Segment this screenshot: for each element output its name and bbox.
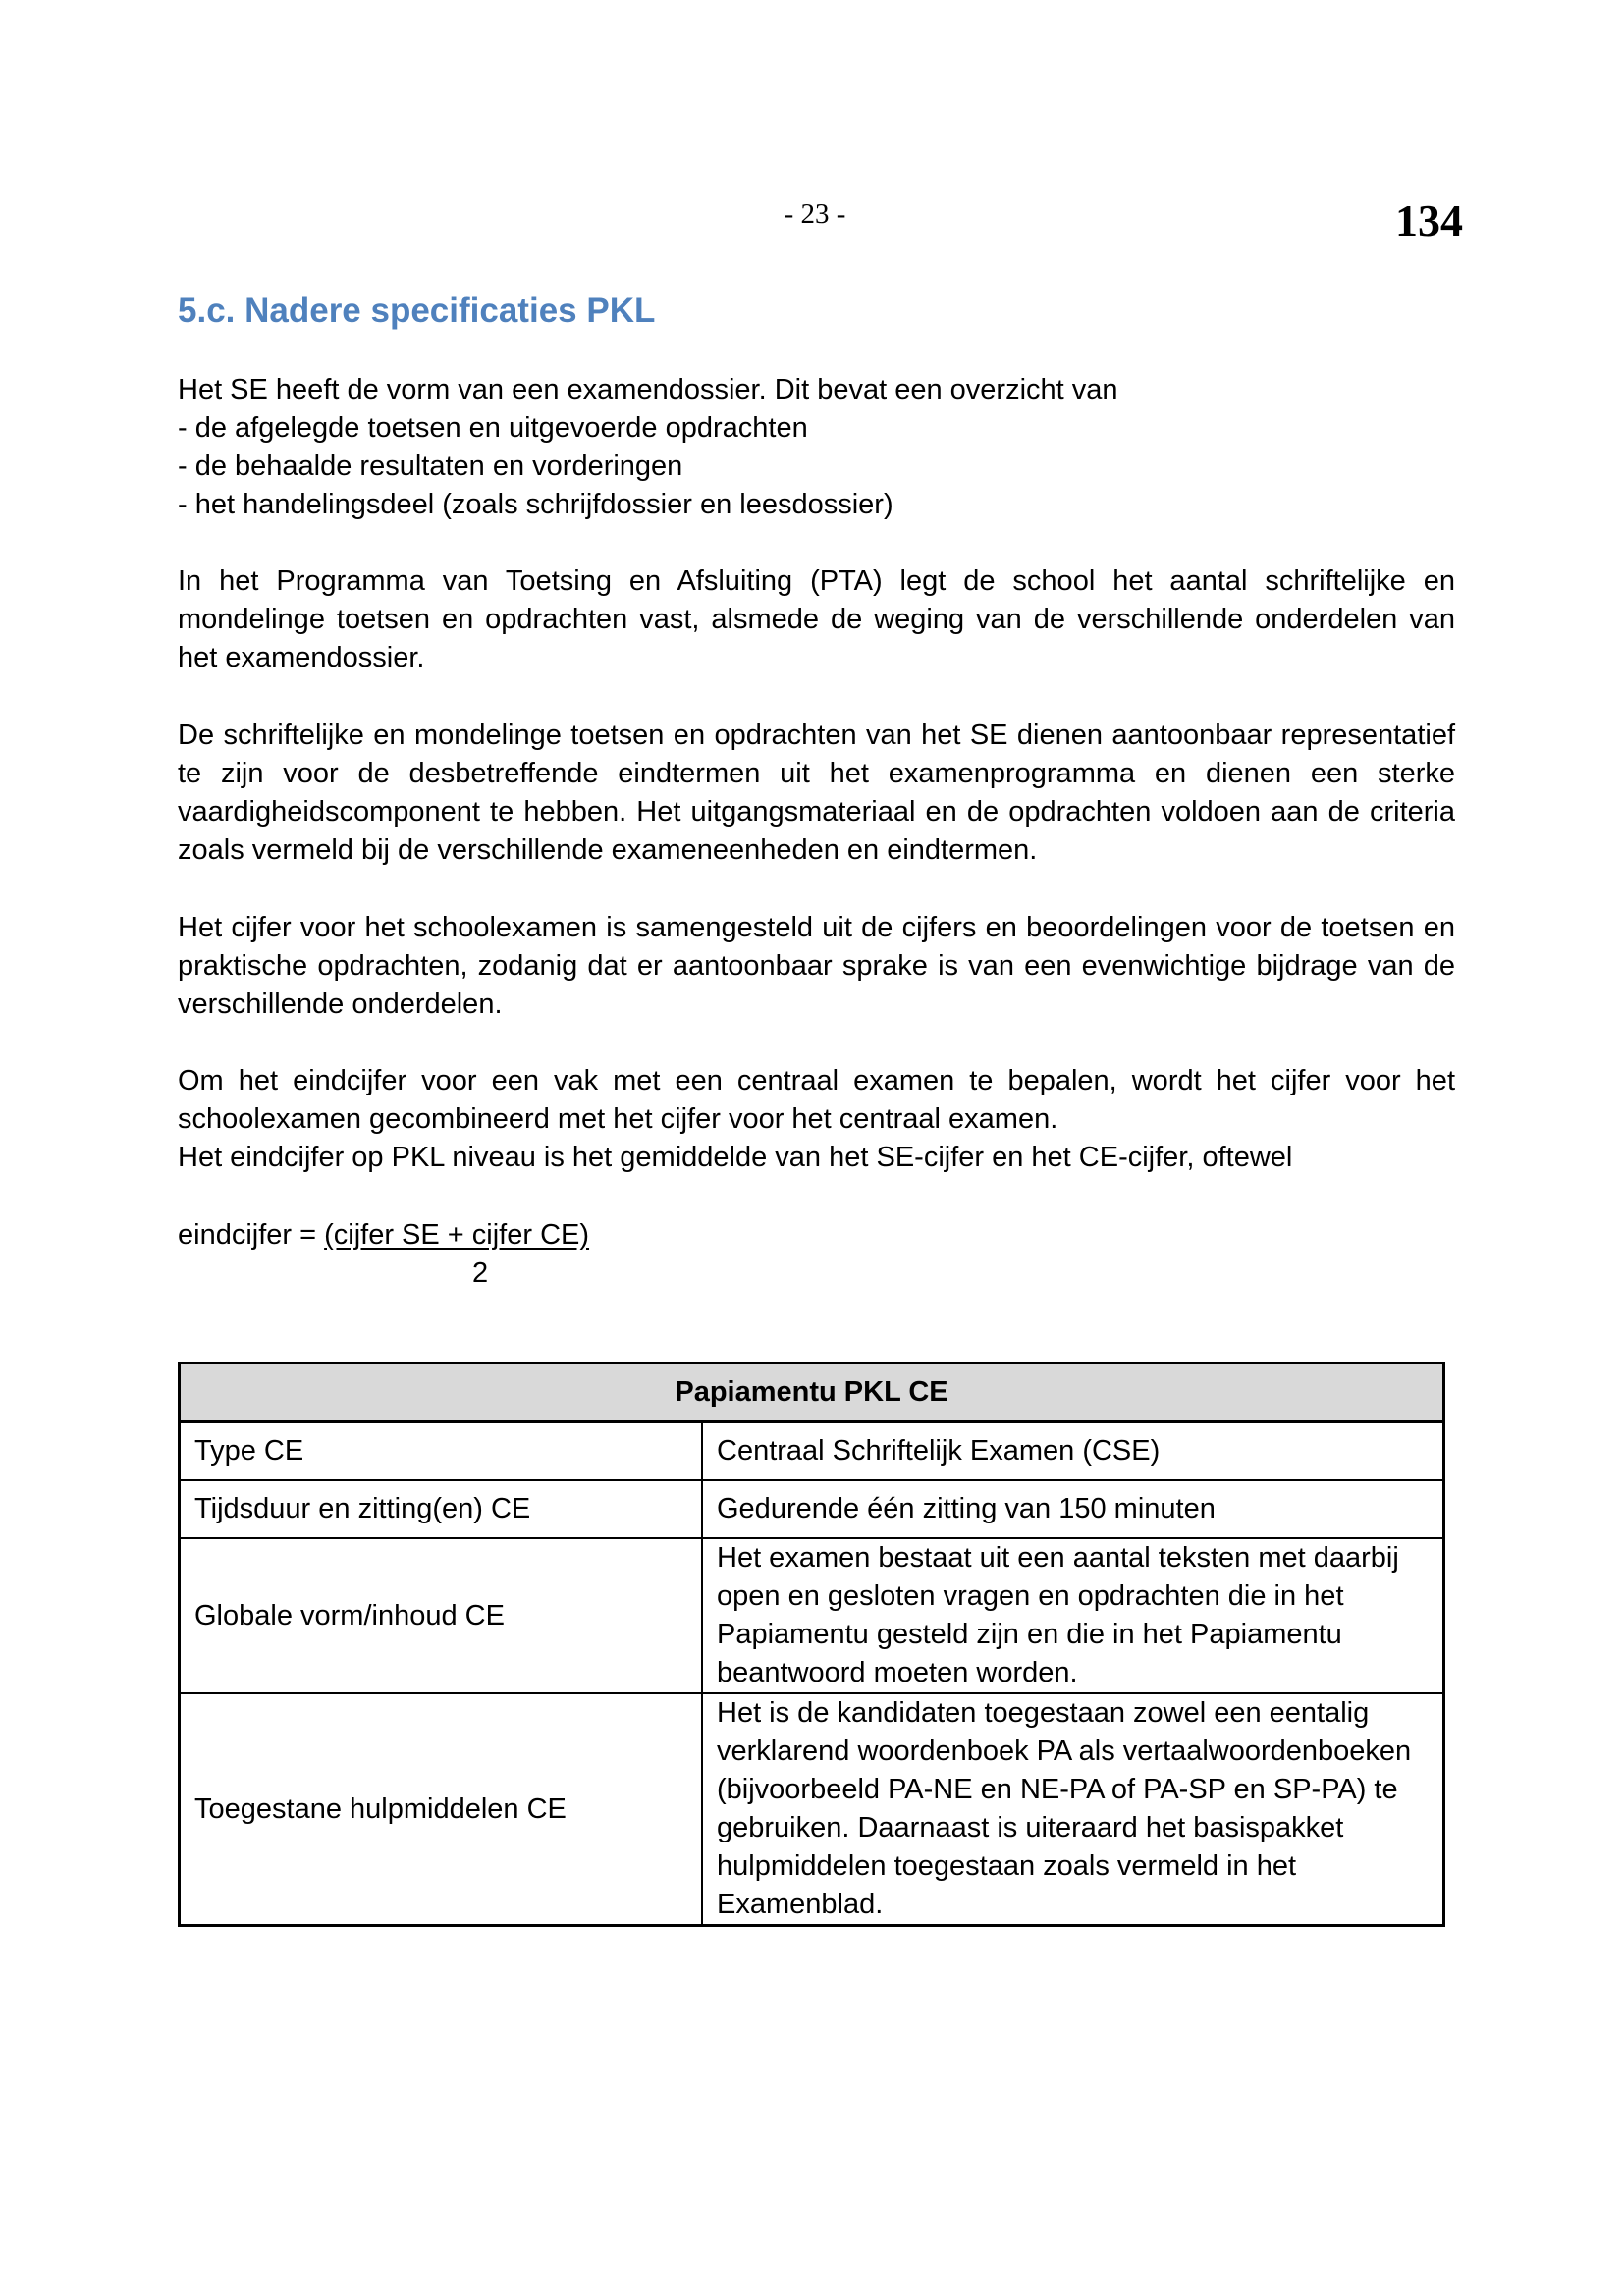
table-row: Globale vorm/inhoud CE Het examen bestaa… [180,1538,1444,1693]
row-label: Globale vorm/inhoud CE [180,1538,703,1693]
row-label: Type CE [180,1422,703,1481]
paragraph-pta: In het Programma van Toetsing en Afsluit… [178,562,1455,677]
paragraph-toetsen: De schriftelijke en mondelinge toetsen e… [178,717,1455,870]
formula: eindcijfer = (cijfer SE + cijfer CE) 2 [178,1216,589,1255]
paragraph-eindcijfer: Om het eindcijfer voor een vak met een c… [178,1062,1455,1177]
row-label: Tijdsduur en zitting(en) CE [180,1480,703,1538]
list-item: - het handelingsdeel (zoals schrijfdossi… [178,486,1455,524]
row-value: Het is de kandidaten toegestaan zowel ee… [702,1693,1444,1926]
document-number: 134 [1355,194,1463,246]
row-value: Het examen bestaat uit een aantal tekste… [702,1538,1444,1693]
list-item: - de behaalde resultaten en vorderingen [178,448,1455,486]
table-title: Papiamentu PKL CE [180,1363,1444,1422]
paragraph-line: Om het eindcijfer voor een vak met een c… [178,1062,1455,1139]
table-row: Tijdsduur en zitting(en) CE Gedurende éé… [180,1480,1444,1538]
table-row: Type CE Centraal Schriftelijk Examen (CS… [180,1422,1444,1481]
formula-numerator: (cijfer SE + cijfer CE) [324,1219,589,1251]
section-heading: 5.c. Nadere specificaties PKL [178,292,655,331]
paragraph-line: Het eindcijfer op PKL niveau is het gemi… [178,1139,1455,1177]
paragraph-examendossier: Het SE heeft de vorm van een examendossi… [178,371,1455,524]
row-value: Centraal Schriftelijk Examen (CSE) [702,1422,1444,1481]
specification-table: Papiamentu PKL CE Type CE Centraal Schri… [178,1362,1445,1927]
list-item: - de afgelegde toetsen en uitgevoerde op… [178,409,1455,448]
row-label: Toegestane hulpmiddelen CE [180,1693,703,1926]
formula-lhs: eindcijfer = [178,1219,324,1251]
paragraph-cijfer-schoolexamen: Het cijfer voor het schoolexamen is same… [178,909,1455,1024]
table-row: Toegestane hulpmiddelen CE Het is de kan… [180,1693,1444,1926]
table-header-row: Papiamentu PKL CE [180,1363,1444,1422]
formula-denominator: 2 [472,1255,488,1293]
paragraph-line: Het SE heeft de vorm van een examendossi… [178,371,1455,409]
page-number: - 23 - [746,198,884,231]
row-value: Gedurende één zitting van 150 minuten [702,1480,1444,1538]
